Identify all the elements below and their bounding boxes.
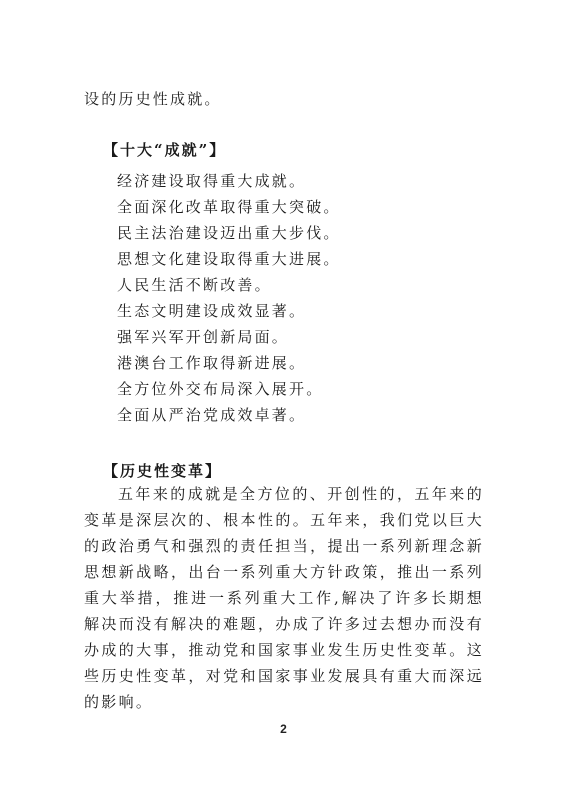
list-item: 全面从严治党成效卓著。 <box>117 402 341 428</box>
document-page: 设的历史性成就。 【十大“成就”】 经济建设取得重大成就。 全面深化改革取得重大… <box>0 0 567 793</box>
body-paragraph: 五年来的成就是全方位的、开创性的，五年来的变革是深层次的、根本性的。五年来，我们… <box>84 481 484 715</box>
list-item: 港澳台工作取得新进展。 <box>117 350 341 376</box>
achievements-list: 经济建设取得重大成就。 全面深化改革取得重大突破。 民主法治建设迈出重大步伐。 … <box>117 168 341 428</box>
list-item: 生态文明建设成效显著。 <box>117 298 341 324</box>
list-item: 全面深化改革取得重大突破。 <box>117 194 341 220</box>
list-item: 思想文化建设取得重大进展。 <box>117 246 341 272</box>
section-heading-historic-change: 【历史性变革】 <box>103 463 222 480</box>
list-item: 经济建设取得重大成就。 <box>117 168 341 194</box>
list-item: 强军兴军开创新局面。 <box>117 324 341 350</box>
continuation-text: 设的历史性成就。 <box>84 91 222 108</box>
list-item: 人民生活不断改善。 <box>117 272 341 298</box>
list-item: 全方位外交布局深入展开。 <box>117 376 341 402</box>
section-heading-achievements: 【十大“成就”】 <box>103 142 226 159</box>
page-number: 2 <box>0 722 567 736</box>
list-item: 民主法治建设迈出重大步伐。 <box>117 220 341 246</box>
